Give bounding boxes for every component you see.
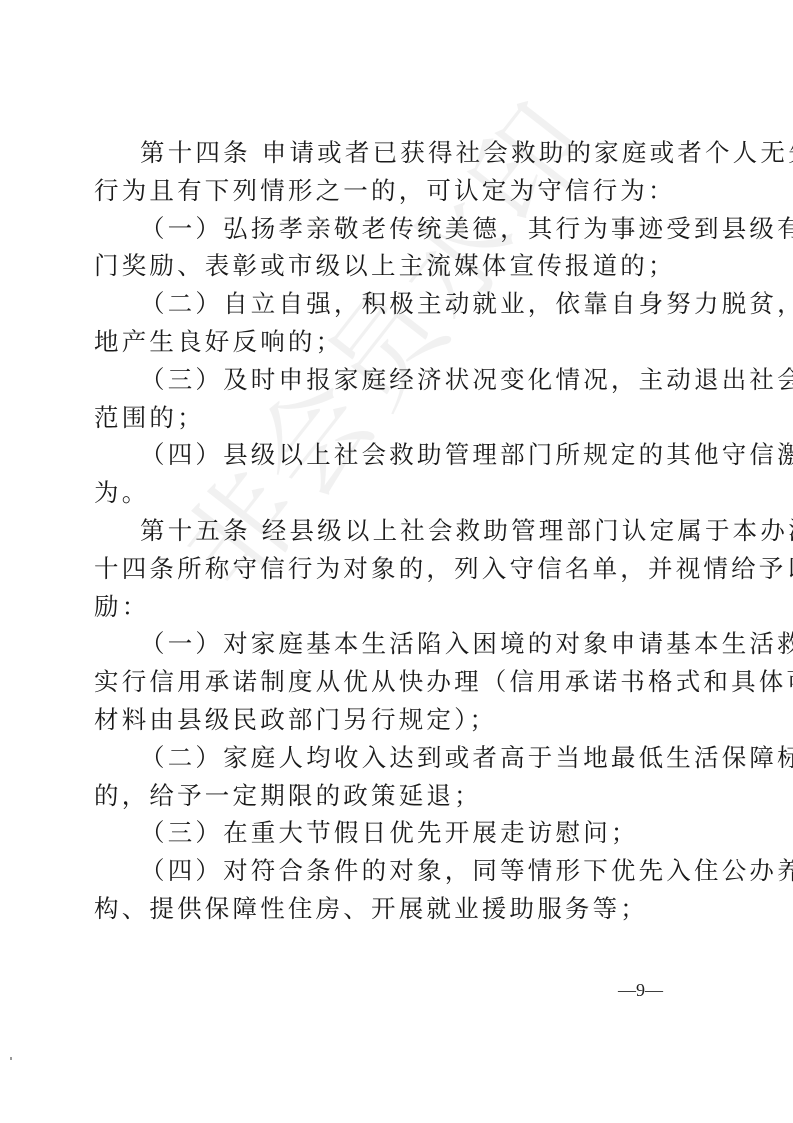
text-line: 十四条所称守信行为对象的，列入守信名单，并视情给予以下激: [94, 550, 690, 588]
text-line: 第十四条 申请或者已获得社会救助的家庭或者个人无失信: [94, 134, 690, 172]
text-line: 门奖励、表彰或市级以上主流媒体宣传报道的；: [94, 247, 690, 285]
text-line: （二）家庭人均收入达到或者高于当地最低生活保障标准: [94, 739, 690, 777]
text-line: 构、提供保障性住房、开展就业援助服务等；: [94, 890, 690, 928]
text-line: 为。: [94, 474, 690, 512]
text-line: （四）县级以上社会救助管理部门所规定的其他守信激励行: [94, 436, 690, 474]
text-line: （三）在重大节假日优先开展走访慰问；: [94, 814, 690, 852]
text-line: 实行信用承诺制度从优从快办理（信用承诺书格式和具体可容缺: [94, 663, 690, 701]
text-line: 地产生良好反响的；: [94, 323, 690, 361]
text-line: （四）对符合条件的对象，同等情形下优先入住公办养老机: [94, 852, 690, 890]
text-line: （三）及时申报家庭经济状况变化情况，主动退出社会救助: [94, 361, 690, 399]
text-line: （一）弘扬孝亲敬老传统美德，其行为事迹受到县级有关部: [94, 210, 690, 248]
text-line: 行为且有下列情形之一的，可认定为守信行为：: [94, 172, 690, 210]
text-line: 材料由县级民政部门另行规定）；: [94, 701, 690, 739]
document-page: 非会员水印 第十四条 申请或者已获得社会救助的家庭或者个人无失信 行为且有下列情…: [0, 0, 793, 1123]
document-body: 第十四条 申请或者已获得社会救助的家庭或者个人无失信 行为且有下列情形之一的，可…: [94, 134, 690, 928]
scan-artifact: [10, 1057, 12, 1060]
text-line: 范围的；: [94, 399, 690, 437]
text-line: （二）自立自强，积极主动就业，依靠自身努力脱贫，在当: [94, 285, 690, 323]
page-number: —9—: [618, 980, 663, 1001]
text-line: （一）对家庭基本生活陷入困境的对象申请基本生活救助，: [94, 625, 690, 663]
text-line: 的，给予一定期限的政策延退；: [94, 777, 690, 815]
text-line: 励：: [94, 588, 690, 626]
text-line: 第十五条 经县级以上社会救助管理部门认定属于本办法第: [94, 512, 690, 550]
